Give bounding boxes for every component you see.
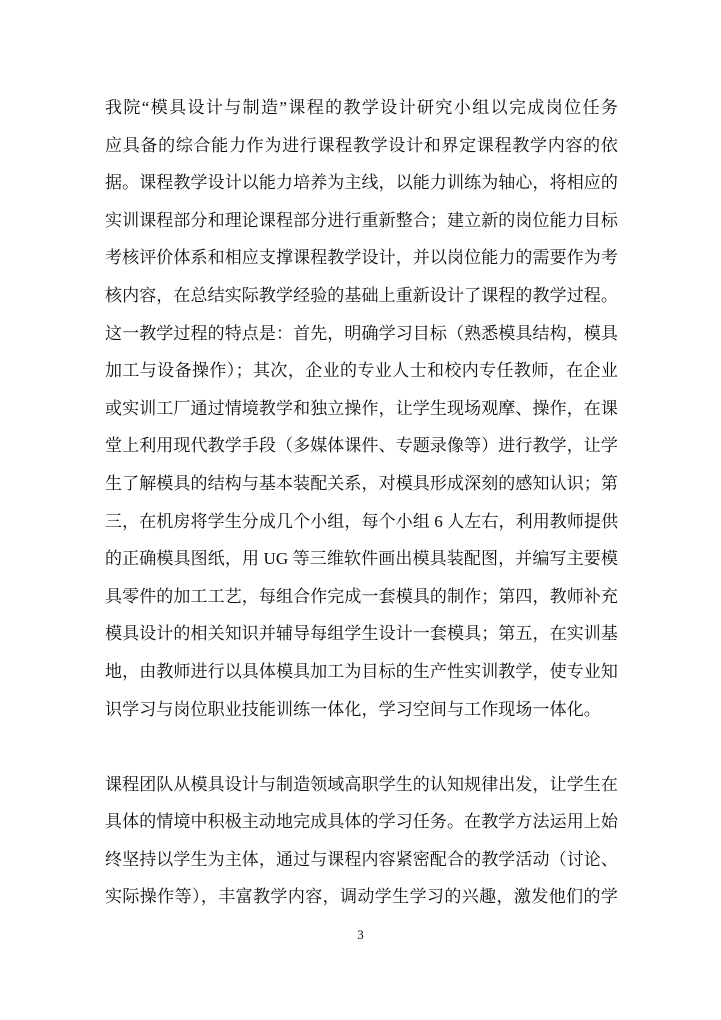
text-line: 三，在机房将学生分成几个小组，每个小组 6 人左右，利用教师提供 (105, 503, 618, 541)
paragraph-teaching-process: 我院“模具设计与制造”课程的教学设计研究小组以完成岗位任务应具备的综合能力作为进… (105, 89, 618, 728)
text-line: 终坚持以学生为主体，通过与课程内容紧密配合的教学活动（讨论、 (105, 841, 618, 879)
text-line: 识学习与岗位职业技能训练一体化，学习空间与工作现场一体化。 (105, 691, 618, 729)
text-line: 这一教学过程的特点是：首先，明确学习目标（熟悉模具结构，模具 (105, 315, 618, 353)
text-line: 模具设计的相关知识并辅导每组学生设计一套模具；第五，在实训基 (105, 615, 618, 653)
page-number: 3 (357, 927, 364, 943)
document-page: 我院“模具设计与制造”课程的教学设计研究小组以完成岗位任务应具备的综合能力作为进… (0, 0, 721, 1020)
text-line: 课程团队从模具设计与制造领域高职学生的认知规律出发，让学生在 (105, 766, 618, 804)
text-line: 实际操作等），丰富教学内容，调动学生学习的兴趣，激发他们的学 (105, 878, 618, 916)
text-line: 应具备的综合能力作为进行课程教学设计和界定课程教学内容的依 (105, 127, 618, 165)
text-line: 地，由教师进行以具体模具加工为目标的生产性实训教学，使专业知 (105, 653, 618, 691)
page-footer: 3 (0, 926, 721, 944)
document-body: 我院“模具设计与制造”课程的教学设计研究小组以完成岗位任务应具备的综合能力作为进… (105, 89, 618, 916)
text-line: 具零件的加工工艺，每组合作完成一套模具的制作；第四，教师补充 (105, 578, 618, 616)
text-line: 或实训工厂通过情境教学和独立操作，让学生现场观摩、操作，在课 (105, 390, 618, 428)
text-line: 具体的情境中积极主动地完成具体的学习任务。在教学方法运用上始 (105, 803, 618, 841)
text-line: 加工与设备操作）；其次，企业的专业人士和校内专任教师，在企业 (105, 352, 618, 390)
text-line: 考核评价体系和相应支撑课程教学设计，并以岗位能力的需要作为考 (105, 239, 618, 277)
text-line: 据。课程教学设计以能力培养为主线，以能力训练为轴心，将相应的 (105, 164, 618, 202)
text-line: 实训课程部分和理论课程部分进行重新整合；建立新的岗位能力目标 (105, 202, 618, 240)
text-line: 核内容，在总结实际教学经验的基础上重新设计了课程的教学过程。 (105, 277, 618, 315)
text-line: 的正确模具图纸，用 UG 等三维软件画出模具装配图，并编写主要模 (105, 540, 618, 578)
text-line: 生了解模具的结构与基本装配关系，对模具形成深刻的感知认识；第 (105, 465, 618, 503)
text-line: 我院“模具设计与制造”课程的教学设计研究小组以完成岗位任务 (105, 89, 618, 127)
paragraph-course-team: 课程团队从模具设计与制造领域高职学生的认知规律出发，让学生在具体的情境中积极主动… (105, 766, 618, 916)
text-line: 堂上利用现代教学手段（多媒体课件、专题录像等）进行教学，让学 (105, 427, 618, 465)
